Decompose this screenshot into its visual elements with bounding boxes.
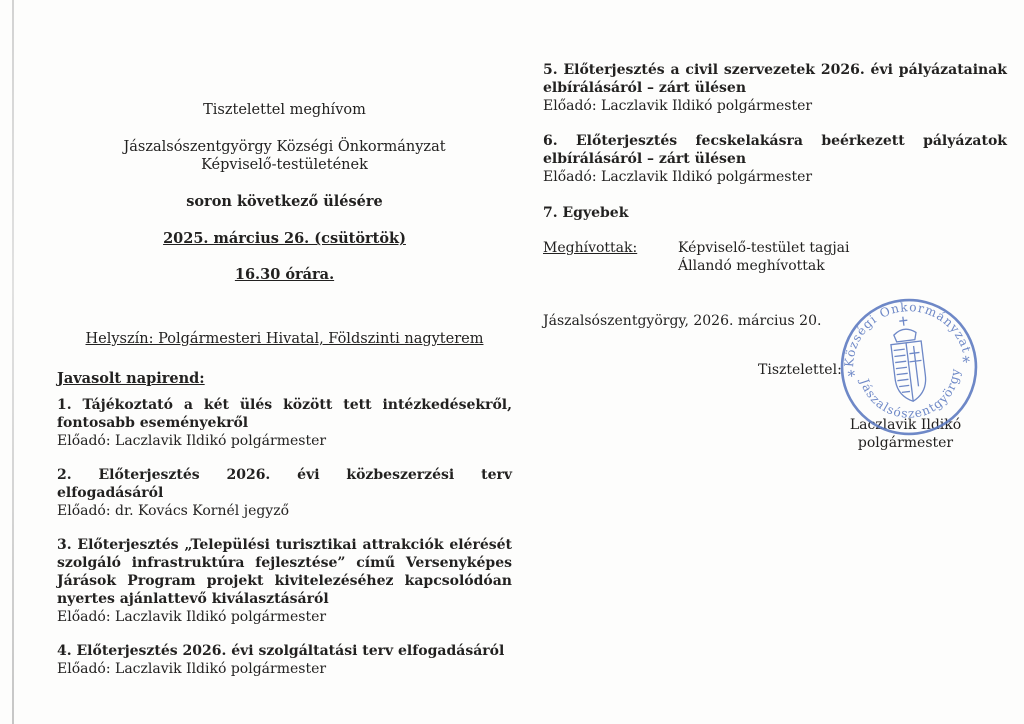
agenda-item-title: 6. Előterjesztés fecskelakásra beérkezet… [543,132,1007,168]
organization-name: Jászalsószentgyörgy Községi Önkormányzat [57,138,512,156]
agenda-item-presenter: Előadó: Laczlavik Ildikó polgármester [543,168,1007,186]
invitees-section: Meghívottak: Képviselő-testület tagjai Á… [543,239,1007,275]
stamp-right-star-icon: * [962,353,972,372]
agenda-item-presenter: Előadó: Laczlavik Ildikó polgármester [57,432,512,450]
agenda-item-title: 1. Tájékoztató a két ülés között tett in… [57,396,512,432]
stamp-coat-of-arms-icon [888,315,929,403]
svg-text:Községi Önkormányzat: Községi Önkormányzat [835,292,974,369]
stamp-left-star-icon: * [847,367,857,386]
stamp-top-text: Községi Önkormányzat [835,292,974,369]
agenda-item-presenter: Előadó: dr. Kovács Kornél jegyző [57,502,512,520]
agenda-item-presenter: Előadó: Laczlavik Ildikó polgármester [543,97,1007,115]
left-column: Tisztelettel meghívom Jászalsószentgyörg… [57,0,512,678]
agenda-item-3: 3. Előterjesztés „Települési turisztikai… [57,536,512,626]
agenda-heading: Javasolt napirend: [57,370,512,388]
organization-block: Jászalsószentgyörgy Községi Önkormányzat… [57,138,512,174]
meeting-date: 2025. március 26. (csütörtök) [57,230,512,248]
invitees-list: Képviselő-testület tagjai Állandó meghív… [678,239,850,275]
invitees-label: Meghívottak: [543,239,678,257]
agenda-item-2: 2. Előterjesztés 2026. évi közbeszerzési… [57,466,512,520]
agenda-item-title: 3. Előterjesztés „Települési turisztikai… [57,536,512,608]
agenda-item-7: 7. Egyebek [543,204,1007,222]
meeting-location: Helyszín: Polgármesteri Hivatal, Földszi… [57,330,512,348]
agenda-item-presenter: Előadó: Laczlavik Ildikó polgármester [57,608,512,626]
scan-edge-artifact [12,0,14,724]
invitees-line: Képviselő-testület tagjai [678,239,850,257]
official-stamp: Községi Önkormányzat Jászalsószentgyörgy… [830,288,988,446]
agenda-item-6: 6. Előterjesztés fecskelakásra beérkezet… [543,132,1007,186]
stamp-seal-graphic: Községi Önkormányzat Jászalsószentgyörgy… [830,288,988,446]
agenda-item-title: 5. Előterjesztés a civil szervezetek 202… [543,61,1007,97]
organization-body: Képviselő-testületének [57,156,512,174]
session-line: soron következő ülésére [57,193,512,211]
agenda-item-title: 2. Előterjesztés 2026. évi közbeszerzési… [57,466,512,502]
agenda-item-presenter: Előadó: Laczlavik Ildikó polgármester [57,660,512,678]
agenda-item-4: 4. Előterjesztés 2026. évi szolgáltatási… [57,642,512,678]
closing-salutation: Tisztelettel: [758,361,842,379]
invitees-line: Állandó meghívottak [678,257,850,275]
agenda-item-1: 1. Tájékoztató a két ülés között tett in… [57,396,512,450]
agenda-item-title: 7. Egyebek [543,204,1007,222]
right-column: 5. Előterjesztés a civil szervezetek 202… [543,0,1007,330]
scanned-invitation-page: Tisztelettel meghívom Jászalsószentgyörg… [0,0,1024,724]
invite-salutation: Tisztelettel meghívom [57,101,512,119]
meeting-time: 16.30 órára. [57,266,512,284]
agenda-item-title: 4. Előterjesztés 2026. évi szolgáltatási… [57,642,512,660]
agenda-item-5: 5. Előterjesztés a civil szervezetek 202… [543,61,1007,115]
